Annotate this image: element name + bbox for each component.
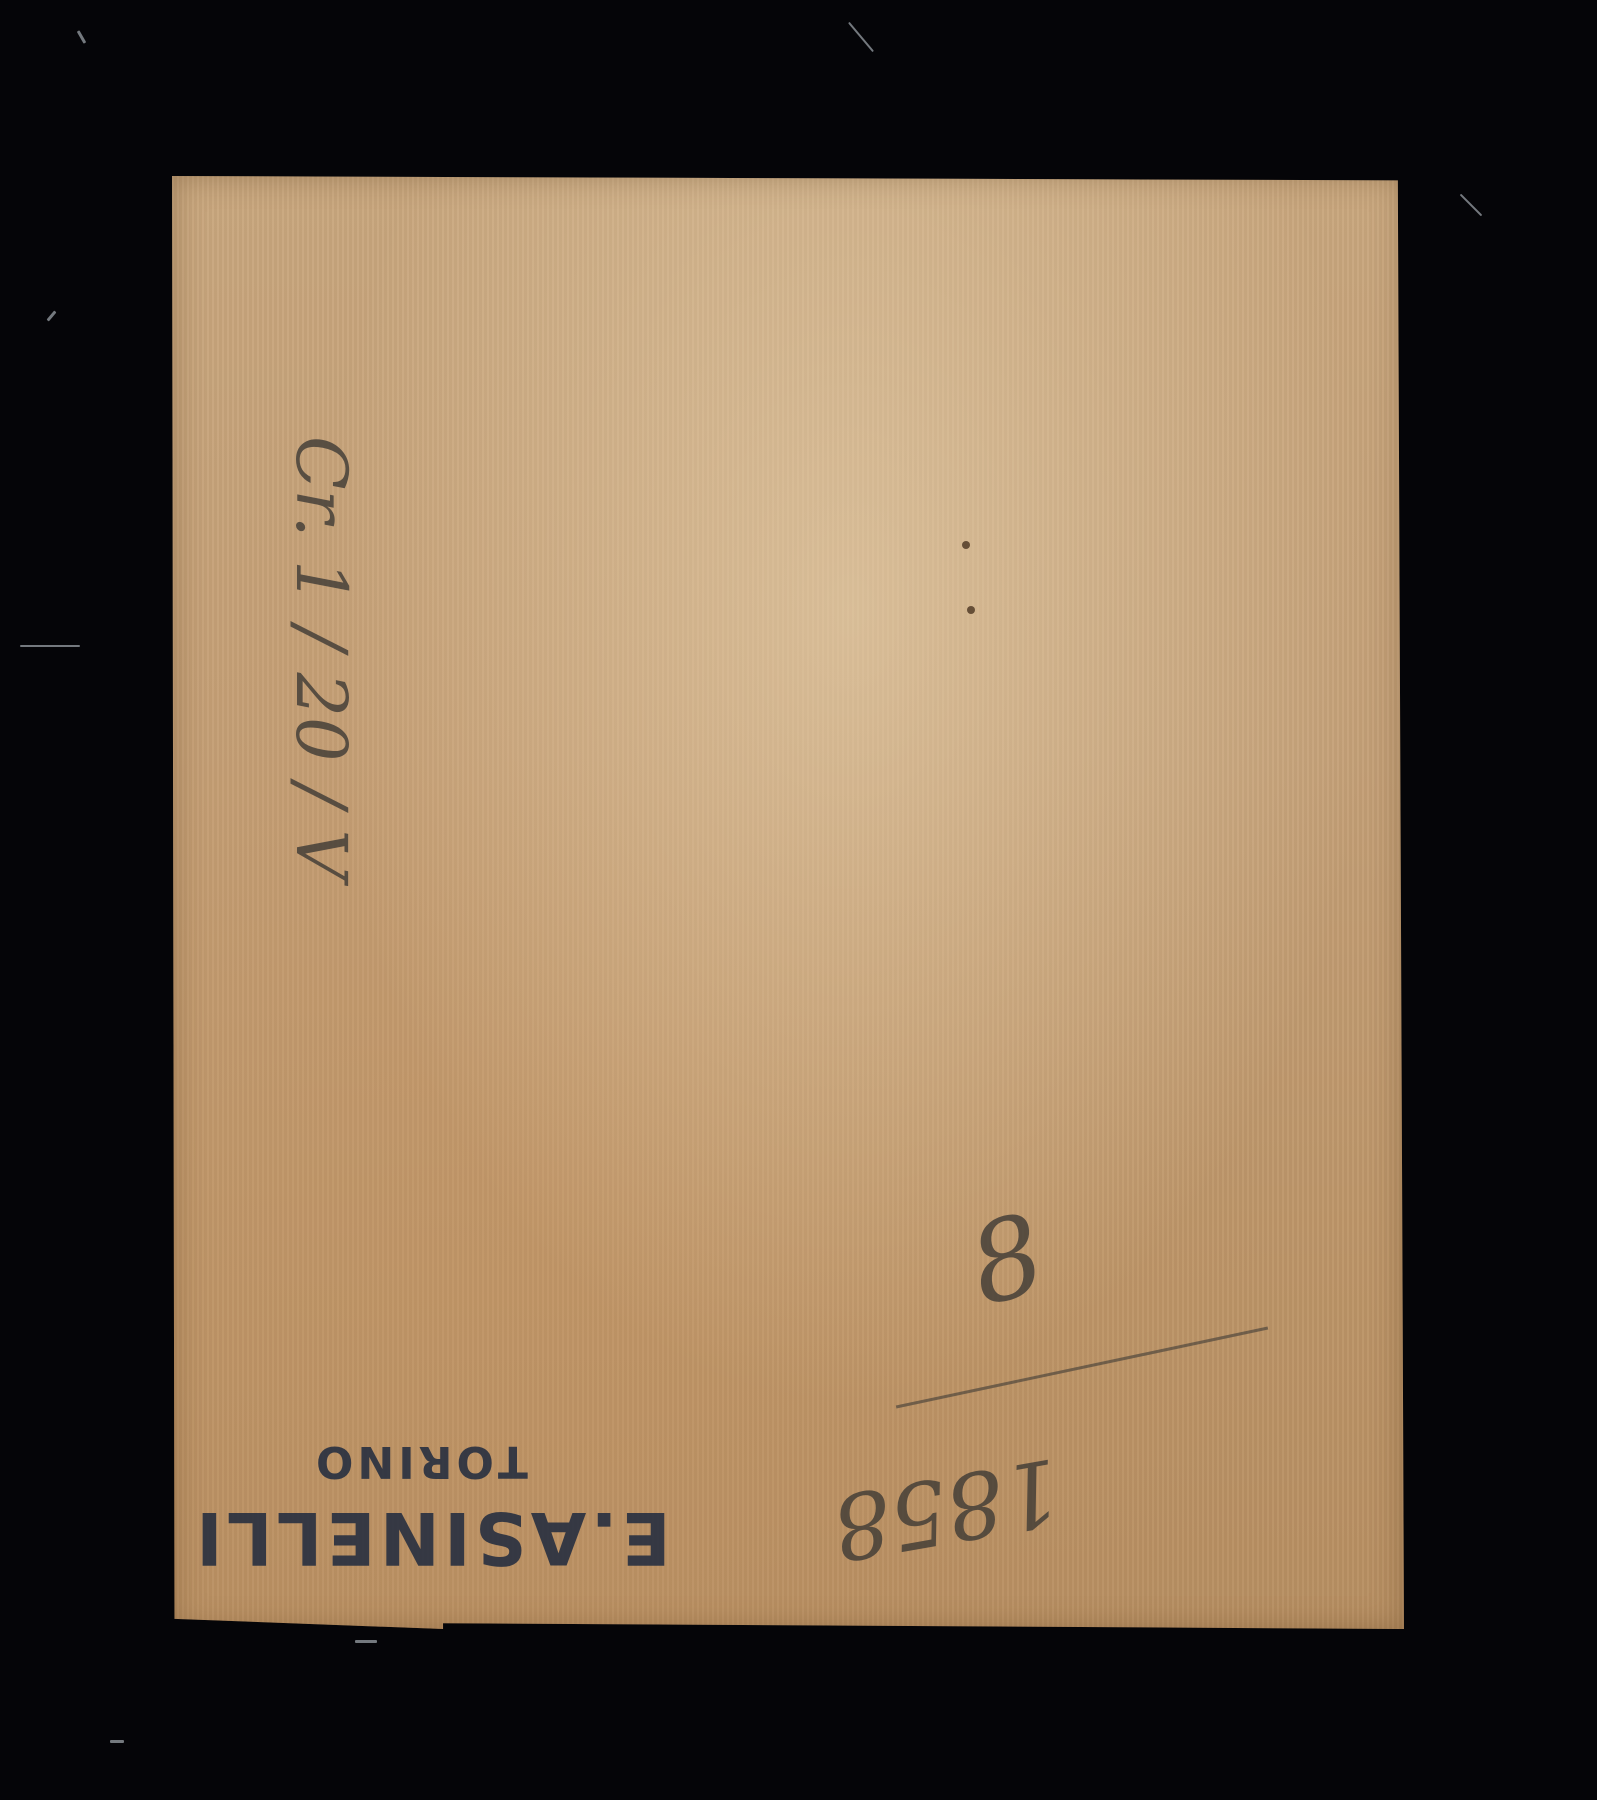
background-fiber <box>110 1740 124 1743</box>
background-fiber <box>355 1640 377 1643</box>
background-fiber <box>20 645 80 647</box>
handstamp-name: E.ASINELLI <box>192 1496 671 1580</box>
pencil-notes-left: Cr. 1 / 20 / V <box>280 436 362 880</box>
background-fiber <box>77 30 87 44</box>
paper-speck <box>962 541 970 549</box>
background-fiber <box>1460 194 1483 217</box>
stamp-back: Cr. 1 / 20 / V 8 1858 TORINO E.ASINELLI <box>172 176 1404 1629</box>
pencil-number: 8 <box>957 1189 1058 1331</box>
paper-speck <box>967 606 975 614</box>
pencil-date: 1858 <box>825 1437 1069 1580</box>
handstamp-city: TORINO <box>312 1436 528 1487</box>
background-fiber <box>46 310 56 321</box>
background-fiber <box>848 22 874 52</box>
pencil-flourish <box>896 1327 1268 1409</box>
